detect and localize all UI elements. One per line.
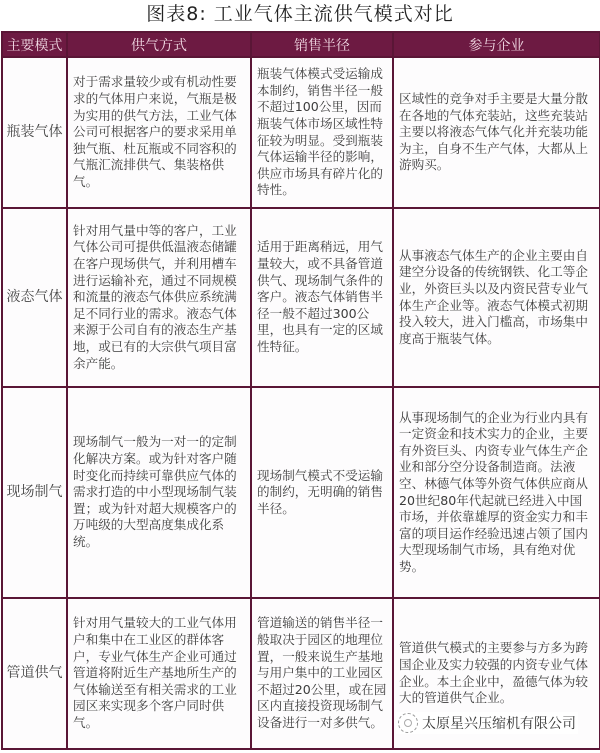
cell-supply: 现场制气一般为一对一的定制化解决方案。或为针对客户随时变化而持续可靠供应气体的需… (67, 387, 251, 598)
cell-mode: 液态气体 (2, 208, 67, 387)
cell-players: 区域性的竞争对手主要是大量分散在各地的气体充装站，这些充装站主要以将液态气体气化… (393, 57, 600, 208)
cell-supply: 针对用气量较大的工业气体用户和集中在工业区的群体客户，专业气体生产企业可通过管道… (67, 598, 251, 749)
cell-players: 从事现场制气的企业为行业内具有一定资金和技术实力的企业，主要有外资巨头、内资专业… (393, 387, 600, 598)
table-header-row: 主要模式 供气方式 销售半径 参与企业 (2, 32, 600, 57)
cell-players: 从事液态气体生产的企业主要由自建空分设备的传统钢铁、化工等企业，外资巨头以及内资… (393, 208, 600, 387)
table-row: 瓶装气体 对于需求量较少或有机动性要求的气体用户来说，气瓶是极为实用的供气方法，… (2, 57, 600, 208)
header-supply-method: 供气方式 (67, 32, 251, 57)
cell-mode: 瓶装气体 (2, 57, 67, 208)
cell-radius: 管道输送的销售半径一般取决于园区的地理位置，一般来说生产基地与用户集中的工业园区… (251, 598, 393, 749)
header-participants: 参与企业 (393, 32, 600, 57)
watermark-text: 太原星兴压缩机有限公司 (422, 713, 576, 733)
header-sales-radius: 销售半径 (251, 32, 393, 57)
cell-mode: 管道供气 (2, 598, 67, 749)
header-mode: 主要模式 (2, 32, 67, 57)
cell-supply: 对于需求量较少或有机动性要求的气体用户来说，气瓶是极为实用的供气方法，工业气体公… (67, 57, 251, 208)
cell-radius: 现场制气模式不受运输的制约，无明确的销售半径。 (251, 387, 393, 598)
figure-title: 图表8: 工业气体主流供气模式对比 (0, 0, 600, 30)
cell-radius: 瓶装气体模式受运输成本制约，销售半径一般不超过100公里，因而瓶装气体市场区域性… (251, 57, 393, 208)
table-row: 液态气体 针对用气量中等的客户，工业气体公司可提供低温液态储罐在客户现场供气，并… (2, 208, 600, 387)
cell-supply: 针对用气量中等的客户，工业气体公司可提供低温液态储罐在客户现场供气，并利用槽车进… (67, 208, 251, 387)
watermark: 太原星兴压缩机有限公司 (396, 712, 578, 734)
comparison-table: 主要模式 供气方式 销售半径 参与企业 瓶装气体 对于需求量较少或有机动性要求的… (1, 31, 600, 750)
wechat-icon (398, 713, 418, 733)
cell-radius: 适用于距离稍远，用气量较大，或不具备管道供气、现场制气条件的客户。液态气体销售半… (251, 208, 393, 387)
cell-mode: 现场制气 (2, 387, 67, 598)
table-row: 现场制气 现场制气一般为一对一的定制化解决方案。或为针对客户随时变化而持续可靠供… (2, 387, 600, 598)
